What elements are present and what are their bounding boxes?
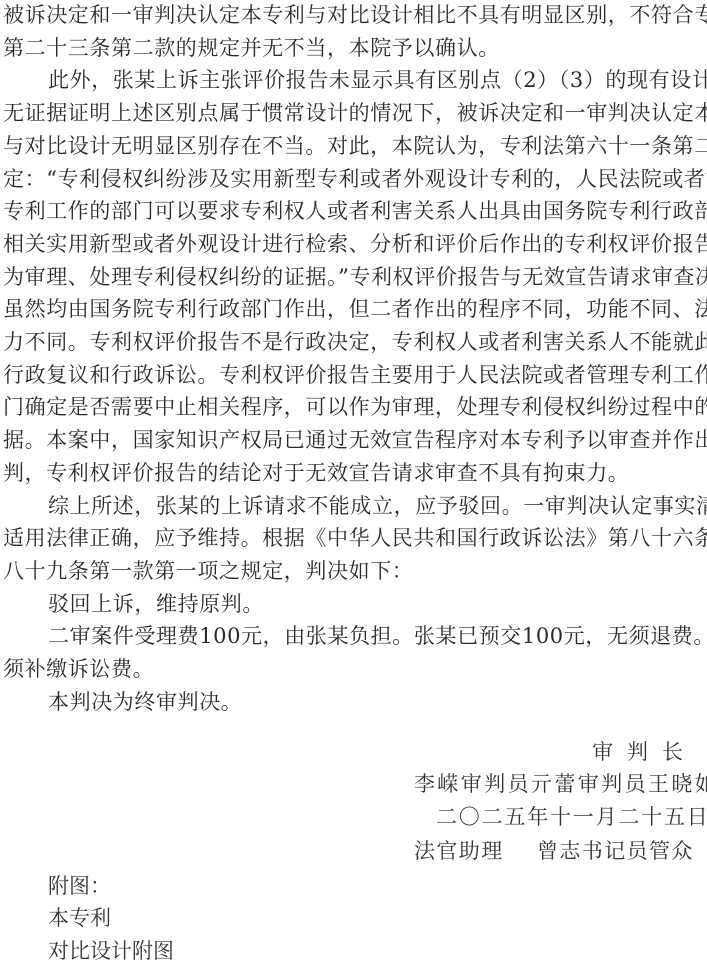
attachment-item-comparison-design: 对比设计附图 — [48, 937, 174, 965]
text-line: 此外，张某上诉主张评价报告未显示具有区别点（2）（3）的现有设计，在 — [48, 66, 705, 94]
text-line: 适用法律正确，应予维持。根据《中华人民共和国行政诉讼法》第八十六条、第 — [3, 524, 705, 552]
text-line: 专利工作的部门可以要求专利权人或者利害关系人出具由国务院专利行政部门对 — [3, 197, 705, 225]
text-line: 定：“专利侵权纠纷涉及实用新型专利或者外观设计专利的，人民法院或者管理 — [3, 165, 705, 193]
text-line: 须补缴诉讼费。 — [3, 655, 705, 683]
attachment-item-patent: 本专利 — [48, 904, 111, 932]
text-line: 第二十三条第二款的规定并无不当，本院予以确认。 — [3, 34, 705, 62]
judges-names: 李嵘审判员亓蕾审判员王晓如 — [414, 770, 707, 798]
text-line: 相关实用新型或者外观设计进行检索、分析和评价后作出的专利权评价报告，作 — [3, 230, 705, 258]
text-line: 综上所述，张某的上诉请求不能成立，应予驳回。一审判决认定事实清楚， — [48, 492, 705, 520]
text-line: 本判决为终审判决。 — [48, 688, 705, 716]
text-line: 驳回上诉，维持原判。 — [48, 590, 705, 618]
clerk-name: 曾志书记员管众 — [537, 837, 694, 865]
text-line: 力不同。专利权评价报告不是行政决定，专利权人或者利害关系人不能就此提起 — [3, 328, 705, 356]
judge-assistant-label: 法官助理 — [414, 837, 504, 865]
judgment-date: 二〇二五年十一月二十五日 — [436, 803, 707, 831]
text-line: 判，专利权评价报告的结论对于无效宣告请求审查不具有拘束力。 — [3, 459, 705, 487]
judgment-document-page: 被诉决定和一审判决认定本专利与对比设计相比不具有明显区别，不符合专利法第二十三条… — [0, 0, 707, 969]
text-line: 据。本案中，国家知识产权局已通过无效宣告程序对本专利予以审查并作出评 — [3, 426, 705, 454]
text-line: 二审案件受理费100元，由张某负担。张某已预交100元，无须退费。本案无 — [48, 622, 705, 650]
text-line: 八十九条第一款第一项之规定，判决如下： — [3, 557, 705, 585]
text-line: 为审理、处理专利侵权纠纷的证据。”专利权评价报告与无效宣告请求审查决定 — [3, 263, 705, 291]
text-line: 与对比设计无明显区别存在不当。对此，本院认为，专利法第六十一条第二款规 — [3, 132, 705, 160]
presiding-judge-title: 审判长 — [592, 738, 697, 766]
text-line: 被诉决定和一审判决认定本专利与对比设计相比不具有明显区别，不符合专利法 — [3, 1, 705, 29]
text-line: 行政复议和行政诉讼。专利权评价报告主要用于人民法院或者管理专利工作的部 — [3, 361, 705, 389]
text-line: 门确定是否需要中止相关程序，可以作为审理，处理专利侵权纠纷过程中的证 — [3, 393, 705, 421]
attachments-heading: 附图： — [48, 872, 111, 900]
text-line: 无证据证明上述区别点属于惯常设计的情况下，被诉决定和一审判决认定本专利 — [3, 99, 705, 127]
text-line: 虽然均由国务院专利行政部门作出，但二者作出的程序不同，功能不同、法律效 — [3, 295, 705, 323]
